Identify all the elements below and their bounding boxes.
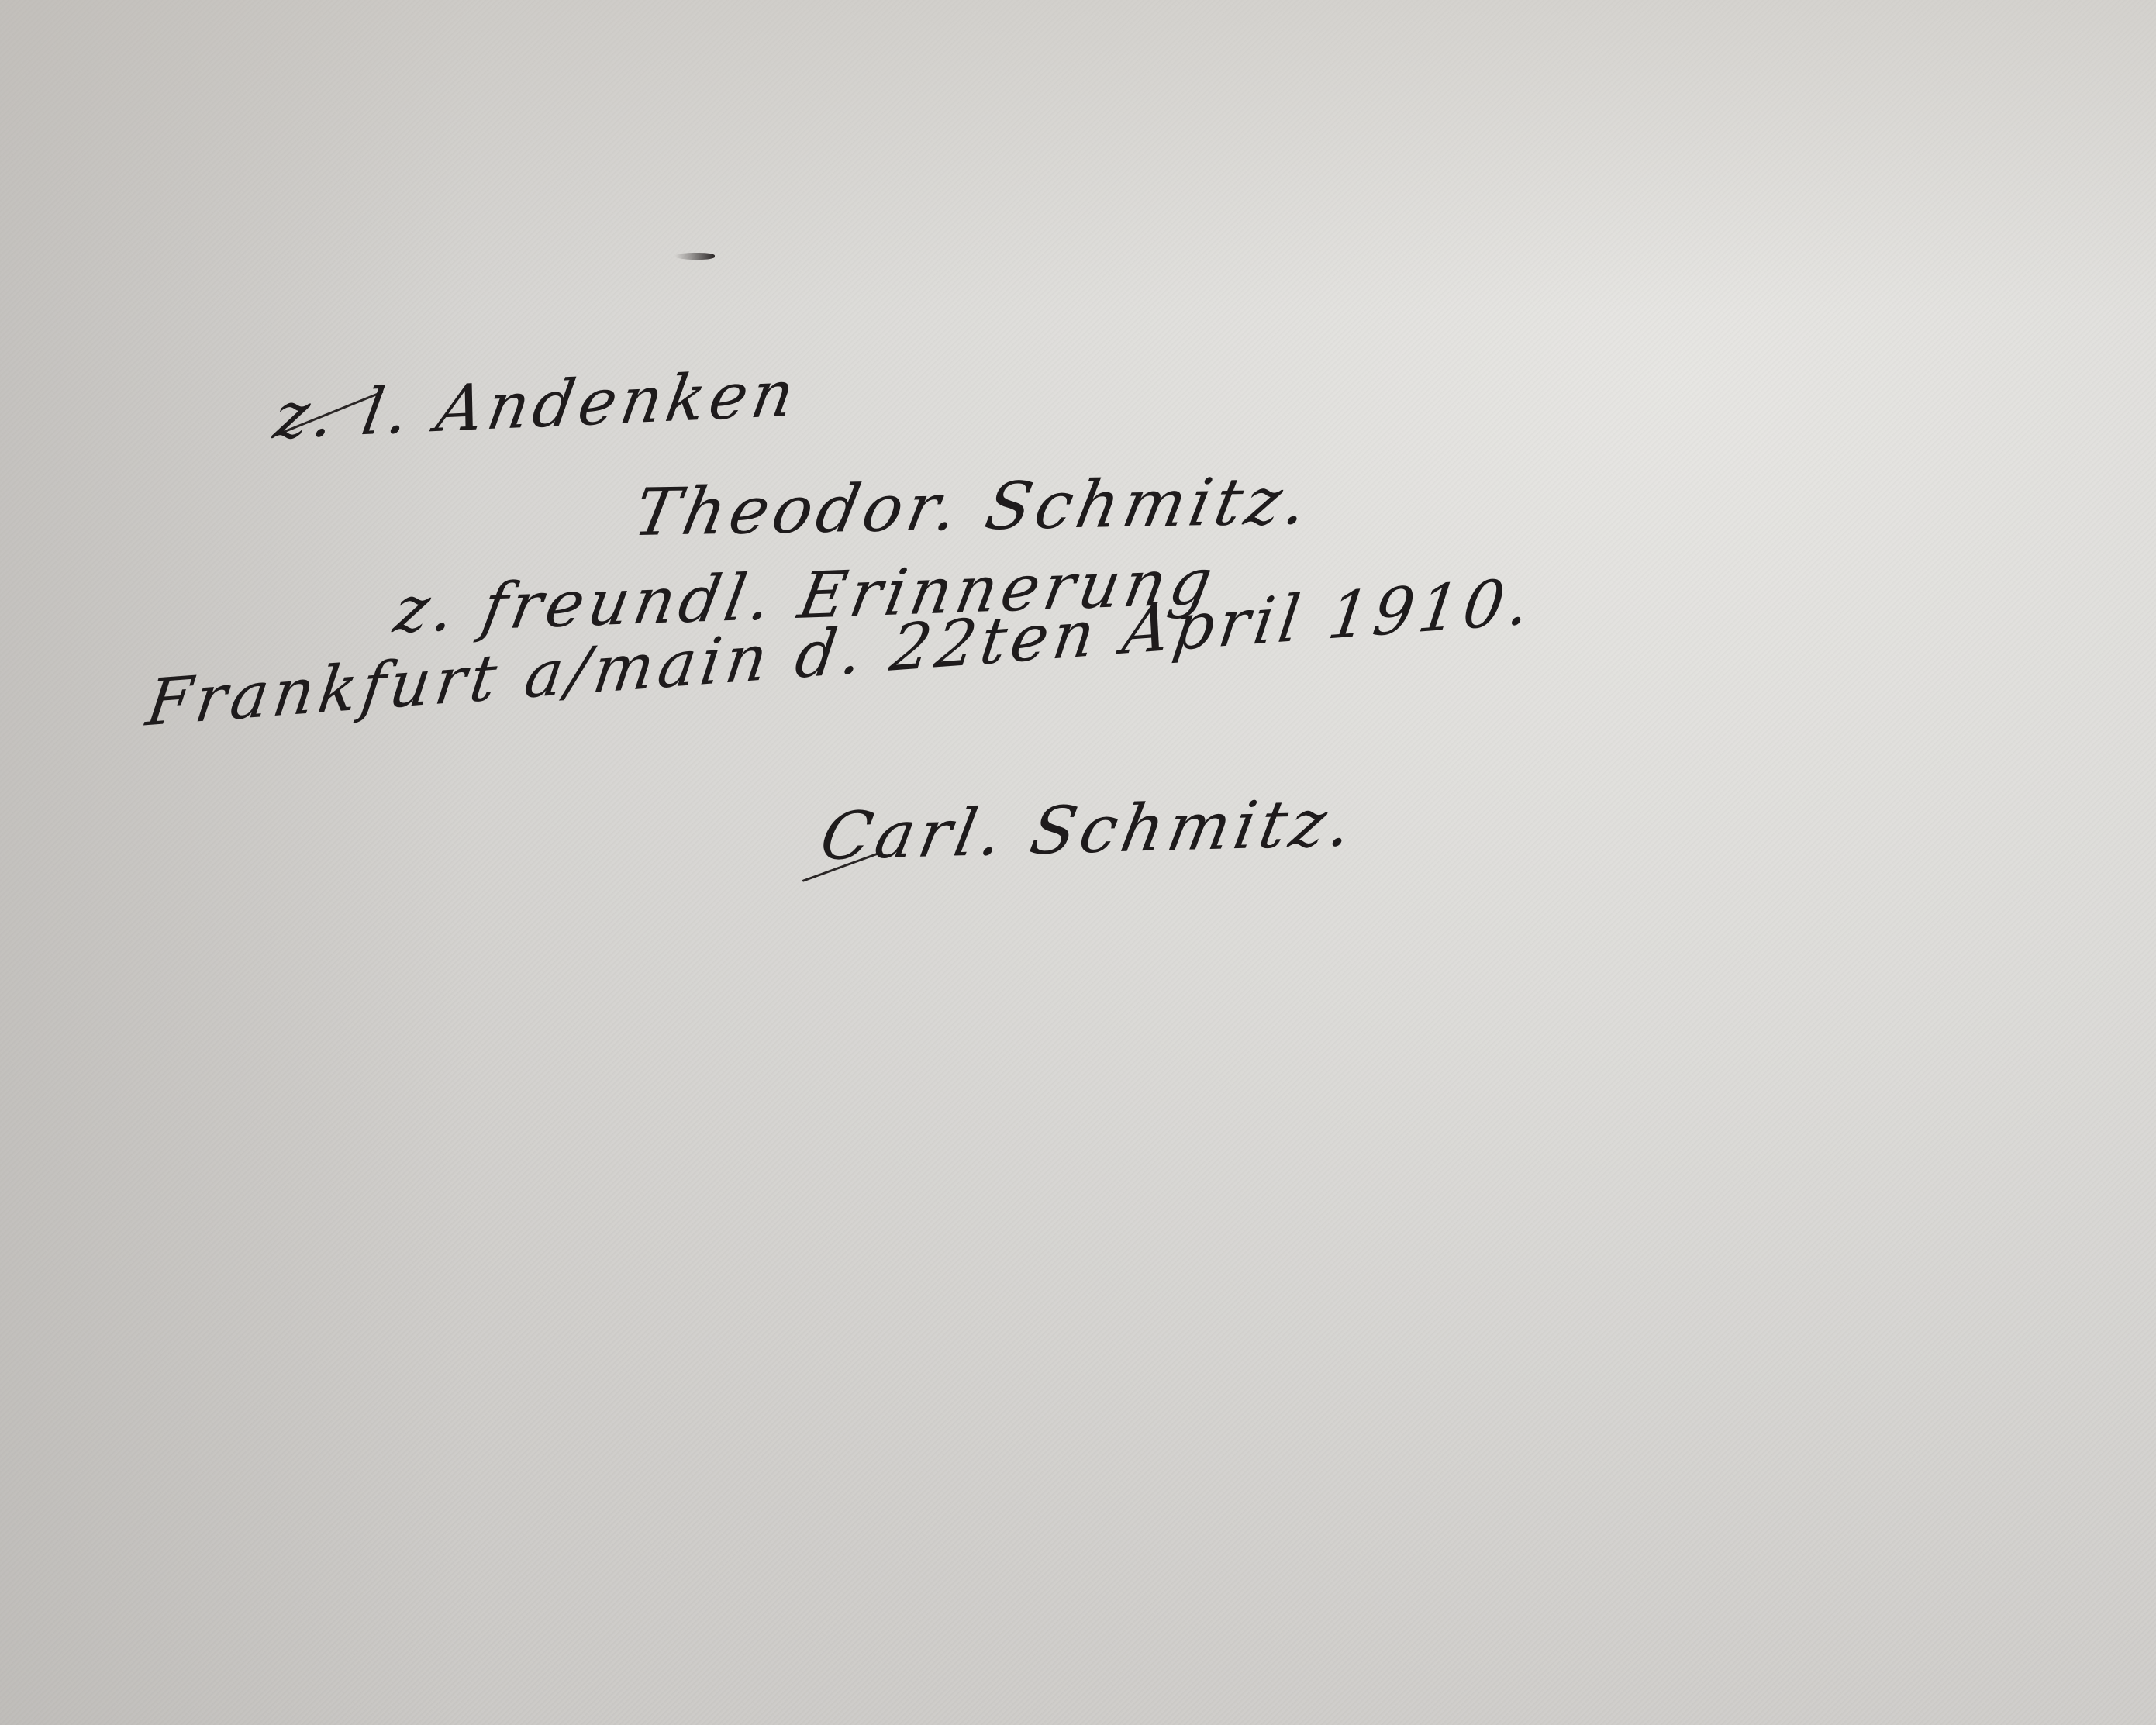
recipient-name: Theodor. Schmitz. — [628, 463, 1318, 551]
ink-blot — [674, 253, 715, 260]
signature: Carl. Schmitz. — [815, 785, 1363, 875]
